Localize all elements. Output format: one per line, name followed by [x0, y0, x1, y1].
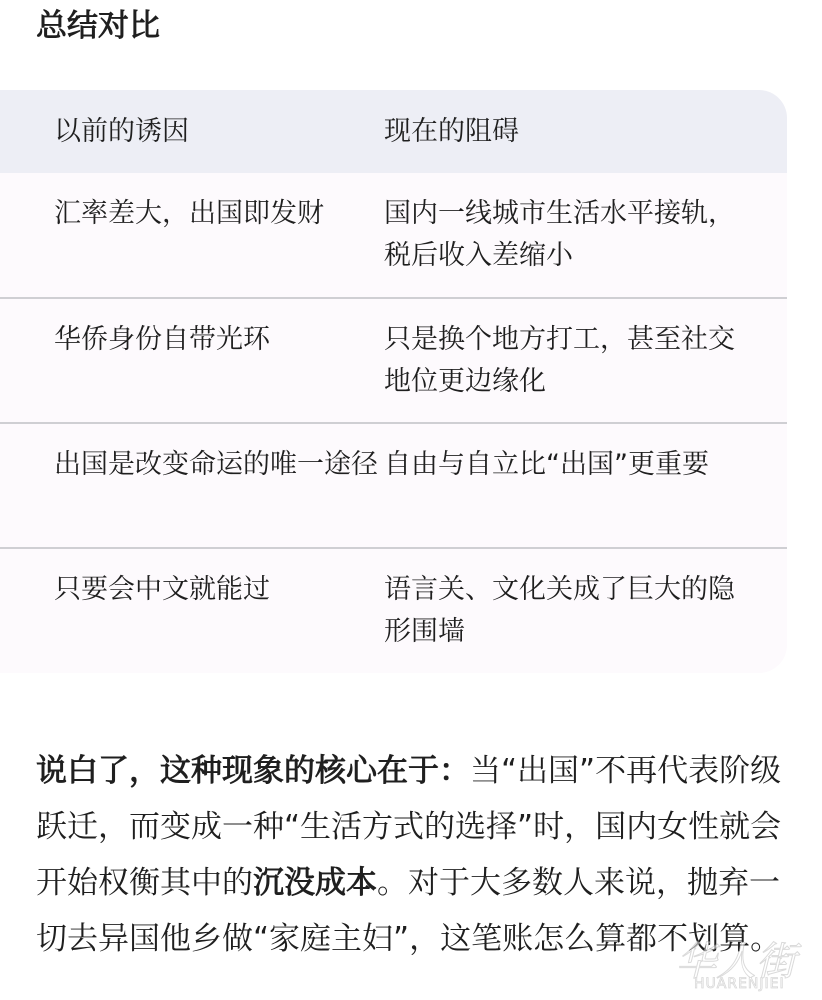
section-title: 总结对比 [36, 4, 160, 48]
table-header-row: 以前的诱因 现在的阻碍 [0, 90, 787, 173]
cell-before: 只要会中文就能过 [0, 569, 384, 673]
column-header-now: 现在的阻碍 [384, 111, 787, 153]
table-row: 出国是改变命运的唯一途径 自由与自立比“出国”更重要 [0, 422, 787, 547]
cell-before: 汇率差大，出国即发财 [0, 193, 384, 297]
cell-before: 华侨身份自带光环 [0, 319, 384, 422]
cell-now: 语言关、文化关成了巨大的隐形围墙 [384, 569, 787, 673]
bold-lead: 说白了，这种现象的核心在于： [36, 753, 470, 789]
column-header-before: 以前的诱因 [0, 111, 384, 153]
comparison-table: 以前的诱因 现在的阻碍 汇率差大，出国即发财 国内一线城市生活水平接轨，税后收入… [0, 90, 787, 673]
table-row: 华侨身份自带光环 只是换个地方打工，甚至社交地位更边缘化 [0, 297, 787, 422]
cell-now: 自由与自立比“出国”更重要 [384, 444, 787, 547]
watermark-logo: 华人街 HUARENJIEI [670, 930, 820, 1000]
cell-now: 只是换个地方打工，甚至社交地位更边缘化 [384, 319, 787, 422]
table-row: 汇率差大，出国即发财 国内一线城市生活水平接轨，税后收入差缩小 [0, 173, 787, 297]
cell-now: 国内一线城市生活水平接轨，税后收入差缩小 [384, 193, 787, 297]
watermark-en: HUARENJIEI [694, 976, 785, 992]
bold-term-sunk-cost: 沉没成本 [253, 865, 377, 901]
cell-before: 出国是改变命运的唯一途径 [0, 444, 384, 547]
table-row: 只要会中文就能过 语言关、文化关成了巨大的隐形围墙 [0, 547, 787, 673]
